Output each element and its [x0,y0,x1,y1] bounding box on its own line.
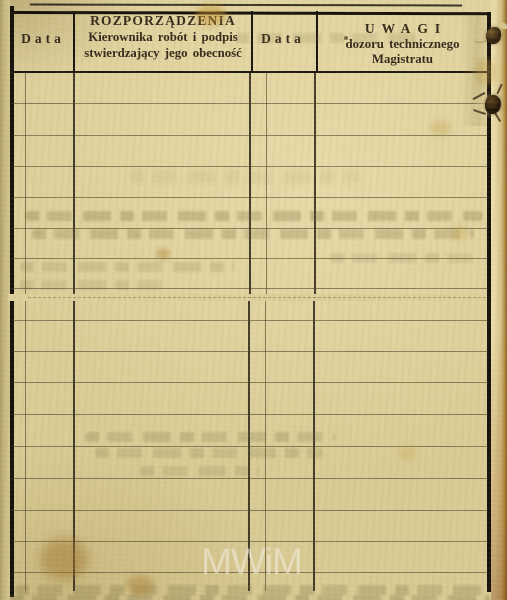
stain [398,446,416,460]
bleedthrough-text [32,229,474,239]
stain [156,248,170,260]
stain [452,226,468,240]
stain [196,4,226,26]
stain [126,575,154,595]
bleedthrough-text [20,280,170,290]
row-line [12,103,488,104]
row-line [12,351,488,352]
bleedthrough-text [95,448,323,458]
header-separator [73,11,75,71]
watermark: MWiM [201,541,302,583]
page-edge-line [30,4,462,7]
table-border-left [10,6,14,597]
thread-knot [486,27,501,44]
row-line [12,166,488,167]
row-line [12,382,488,383]
stain [430,120,450,136]
bleedthrough-text [25,211,483,221]
row-line [12,414,488,415]
header-date-left: Data [13,31,73,47]
header-orders-sub2: stwierdzający jego obecność [76,45,250,61]
row-line [12,446,488,447]
binding-thread-knot-top [474,20,507,56]
bleedthrough-text [10,595,490,600]
bleedthrough-text [330,253,478,263]
stain [40,538,88,580]
row-line [12,135,488,136]
bleedthrough-text [140,466,260,476]
bleedthrough-text [20,262,235,272]
row-line [12,197,488,198]
column-rule [73,73,75,294]
scanned-ledger-page: Data ROZPORZĄDZENIA Kierownika robót i p… [0,0,507,600]
bleedthrough-text [130,170,360,184]
binding-thread-knot-bottom [472,86,507,124]
bleedthrough-text [85,432,335,442]
row-line [12,320,488,321]
row-line [12,510,488,511]
bleedthrough-text [15,585,483,595]
column-rule [25,73,26,294]
bleedthrough-rule [28,297,486,298]
header-orders-sub1: Kierownika robót i podpis [76,29,250,45]
bleedthrough-text [235,33,425,43]
row-line [12,478,488,479]
